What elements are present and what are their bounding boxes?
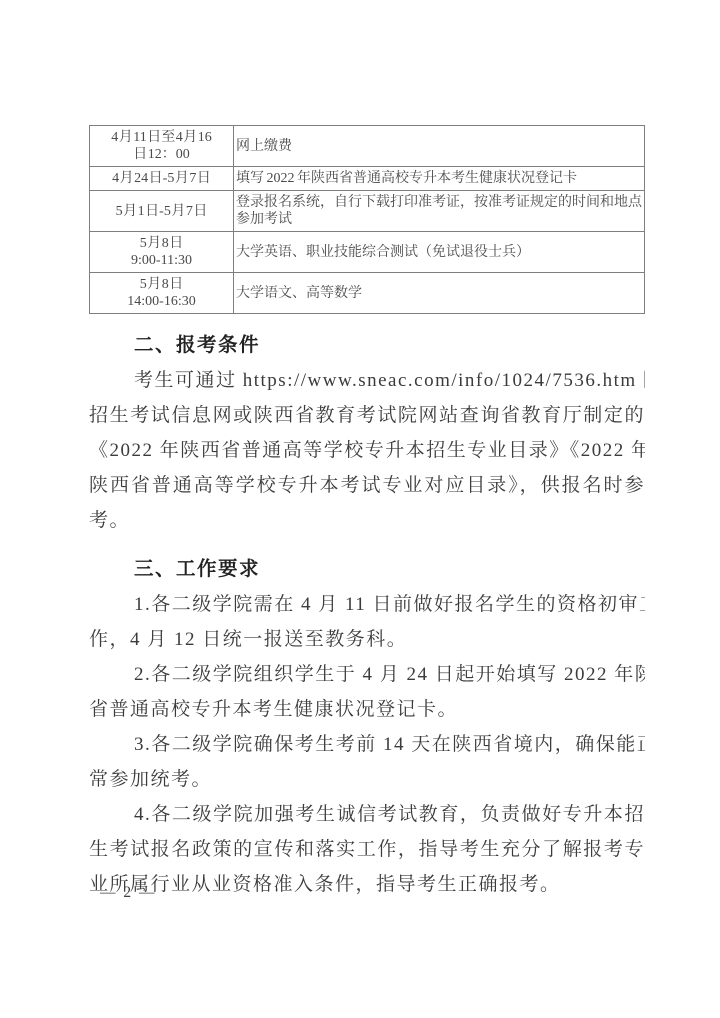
body-text-line: 常参加统考。 (89, 762, 645, 797)
schedule-table-row: 5 月 8 日9:00-11:30 大学英语、职业技能综合测试（免试退役士兵） (90, 232, 645, 273)
document-page: 4 月 11 日至 4 月 16日 12：00 网上缴费 4 月 24 日-5 … (0, 0, 720, 1018)
section-conditions-heading: 二、报考条件 (89, 328, 645, 363)
body-text-line: 省普通高校专升本考生健康状况登记卡。 (89, 692, 645, 727)
body-text-line: 1.各二级学院需在 4 月 11 日前做好报名学生的资格初审工 (89, 587, 645, 622)
schedule-table-row: 4 月 11 日至 4 月 16日 12：00 网上缴费 (90, 126, 645, 167)
body-text-line: 4.各二级学院加强考生诚信考试教育，负责做好专升本招 (89, 797, 645, 832)
schedule-table-row: 5 月 1 日-5 月 7 日 登录报名系统，自行下载打印准考证，按准考证规定的… (90, 191, 645, 232)
schedule-activity-cell: 大学英语、职业技能综合测试（免试退役士兵） (234, 232, 645, 273)
schedule-date-cell: 5 月 8 日14:00-16:30 (90, 273, 234, 314)
schedule-table-row: 4 月 24 日-5 月 7 日 填写 2022 年陕西省普通高校专升本考生健康… (90, 167, 645, 191)
schedule-table-row: 5 月 8 日14:00-16:30 大学语文、高等数学 (90, 273, 645, 314)
body-text-line: 业所属行业从业资格准入条件，指导考生正确报考。 (89, 867, 645, 902)
body-text-line: 3.各二级学院确保考生考前 14 天在陕西省境内，确保能正 (89, 727, 645, 762)
date-line: 日 12：00 (92, 146, 231, 163)
body-text-line: 《2022 年陕西省普通高等学校专升本招生专业目录》《2022 年 (89, 433, 645, 468)
body-text-line: 招生考试信息网或陕西省教育考试院网站查询省教育厅制定的 (89, 398, 645, 433)
schedule-table-body: 4 月 11 日至 4 月 16日 12：00 网上缴费 4 月 24 日-5 … (90, 126, 645, 314)
body-text-line: 陕西省普通高等学校专升本考试专业对应目录》，供报名时参 (89, 468, 645, 503)
schedule-activity-cell: 大学语文、高等数学 (234, 273, 645, 314)
body-text-line: 考生可通过 https://www.sneac.com/info/1024/75… (89, 363, 645, 398)
document-content: 4 月 11 日至 4 月 16日 12：00 网上缴费 4 月 24 日-5 … (89, 125, 645, 902)
body-text-line: 2.各二级学院组织学生于 4 月 24 日起开始填写 2022 年陕西 (89, 657, 645, 692)
date-line: 14:00-16:30 (92, 293, 231, 310)
body-text-line: 考。 (89, 503, 645, 538)
schedule-activity-cell: 填写 2022 年陕西省普通高校专升本考生健康状况登记卡 (234, 167, 645, 191)
body-text-line: 生考试报名政策的宣传和落实工作，指导考生充分了解报考专 (89, 832, 645, 867)
schedule-date-cell: 5 月 1 日-5 月 7 日 (90, 191, 234, 232)
schedule-date-cell: 4 月 24 日-5 月 7 日 (90, 167, 234, 191)
schedule-date-cell: 5 月 8 日9:00-11:30 (90, 232, 234, 273)
schedule-table: 4 月 11 日至 4 月 16日 12：00 网上缴费 4 月 24 日-5 … (89, 125, 645, 314)
date-line: 4 月 11 日至 4 月 16 (92, 129, 231, 146)
section-requirements: 三、工作要求 1.各二级学院需在 4 月 11 日前做好报名学生的资格初审工 作… (89, 552, 645, 902)
schedule-date-cell: 4 月 11 日至 4 月 16日 12：00 (90, 126, 234, 167)
date-line: 5 月 1 日-5 月 7 日 (92, 203, 231, 220)
date-line: 4 月 24 日-5 月 7 日 (92, 170, 231, 187)
section-conditions: 二、报考条件 考生可通过 https://www.sneac.com/info/… (89, 328, 645, 538)
date-line: 5 月 8 日 (92, 235, 231, 252)
body-text-line: 作，4 月 12 日统一报送至教务科。 (89, 622, 645, 657)
section-requirements-heading: 三、工作要求 (89, 552, 645, 587)
date-line: 9:00-11:30 (92, 252, 231, 269)
schedule-activity-cell: 登录报名系统，自行下载打印准考证，按准考证规定的时间和地点参加考试 (234, 191, 645, 232)
page-number: — 2 — (100, 884, 157, 902)
section-requirements-body: 1.各二级学院需在 4 月 11 日前做好报名学生的资格初审工 作，4 月 12… (89, 587, 645, 902)
date-line: 5 月 8 日 (92, 276, 231, 293)
schedule-activity-cell: 网上缴费 (234, 126, 645, 167)
section-conditions-body: 考生可通过 https://www.sneac.com/info/1024/75… (89, 363, 645, 538)
